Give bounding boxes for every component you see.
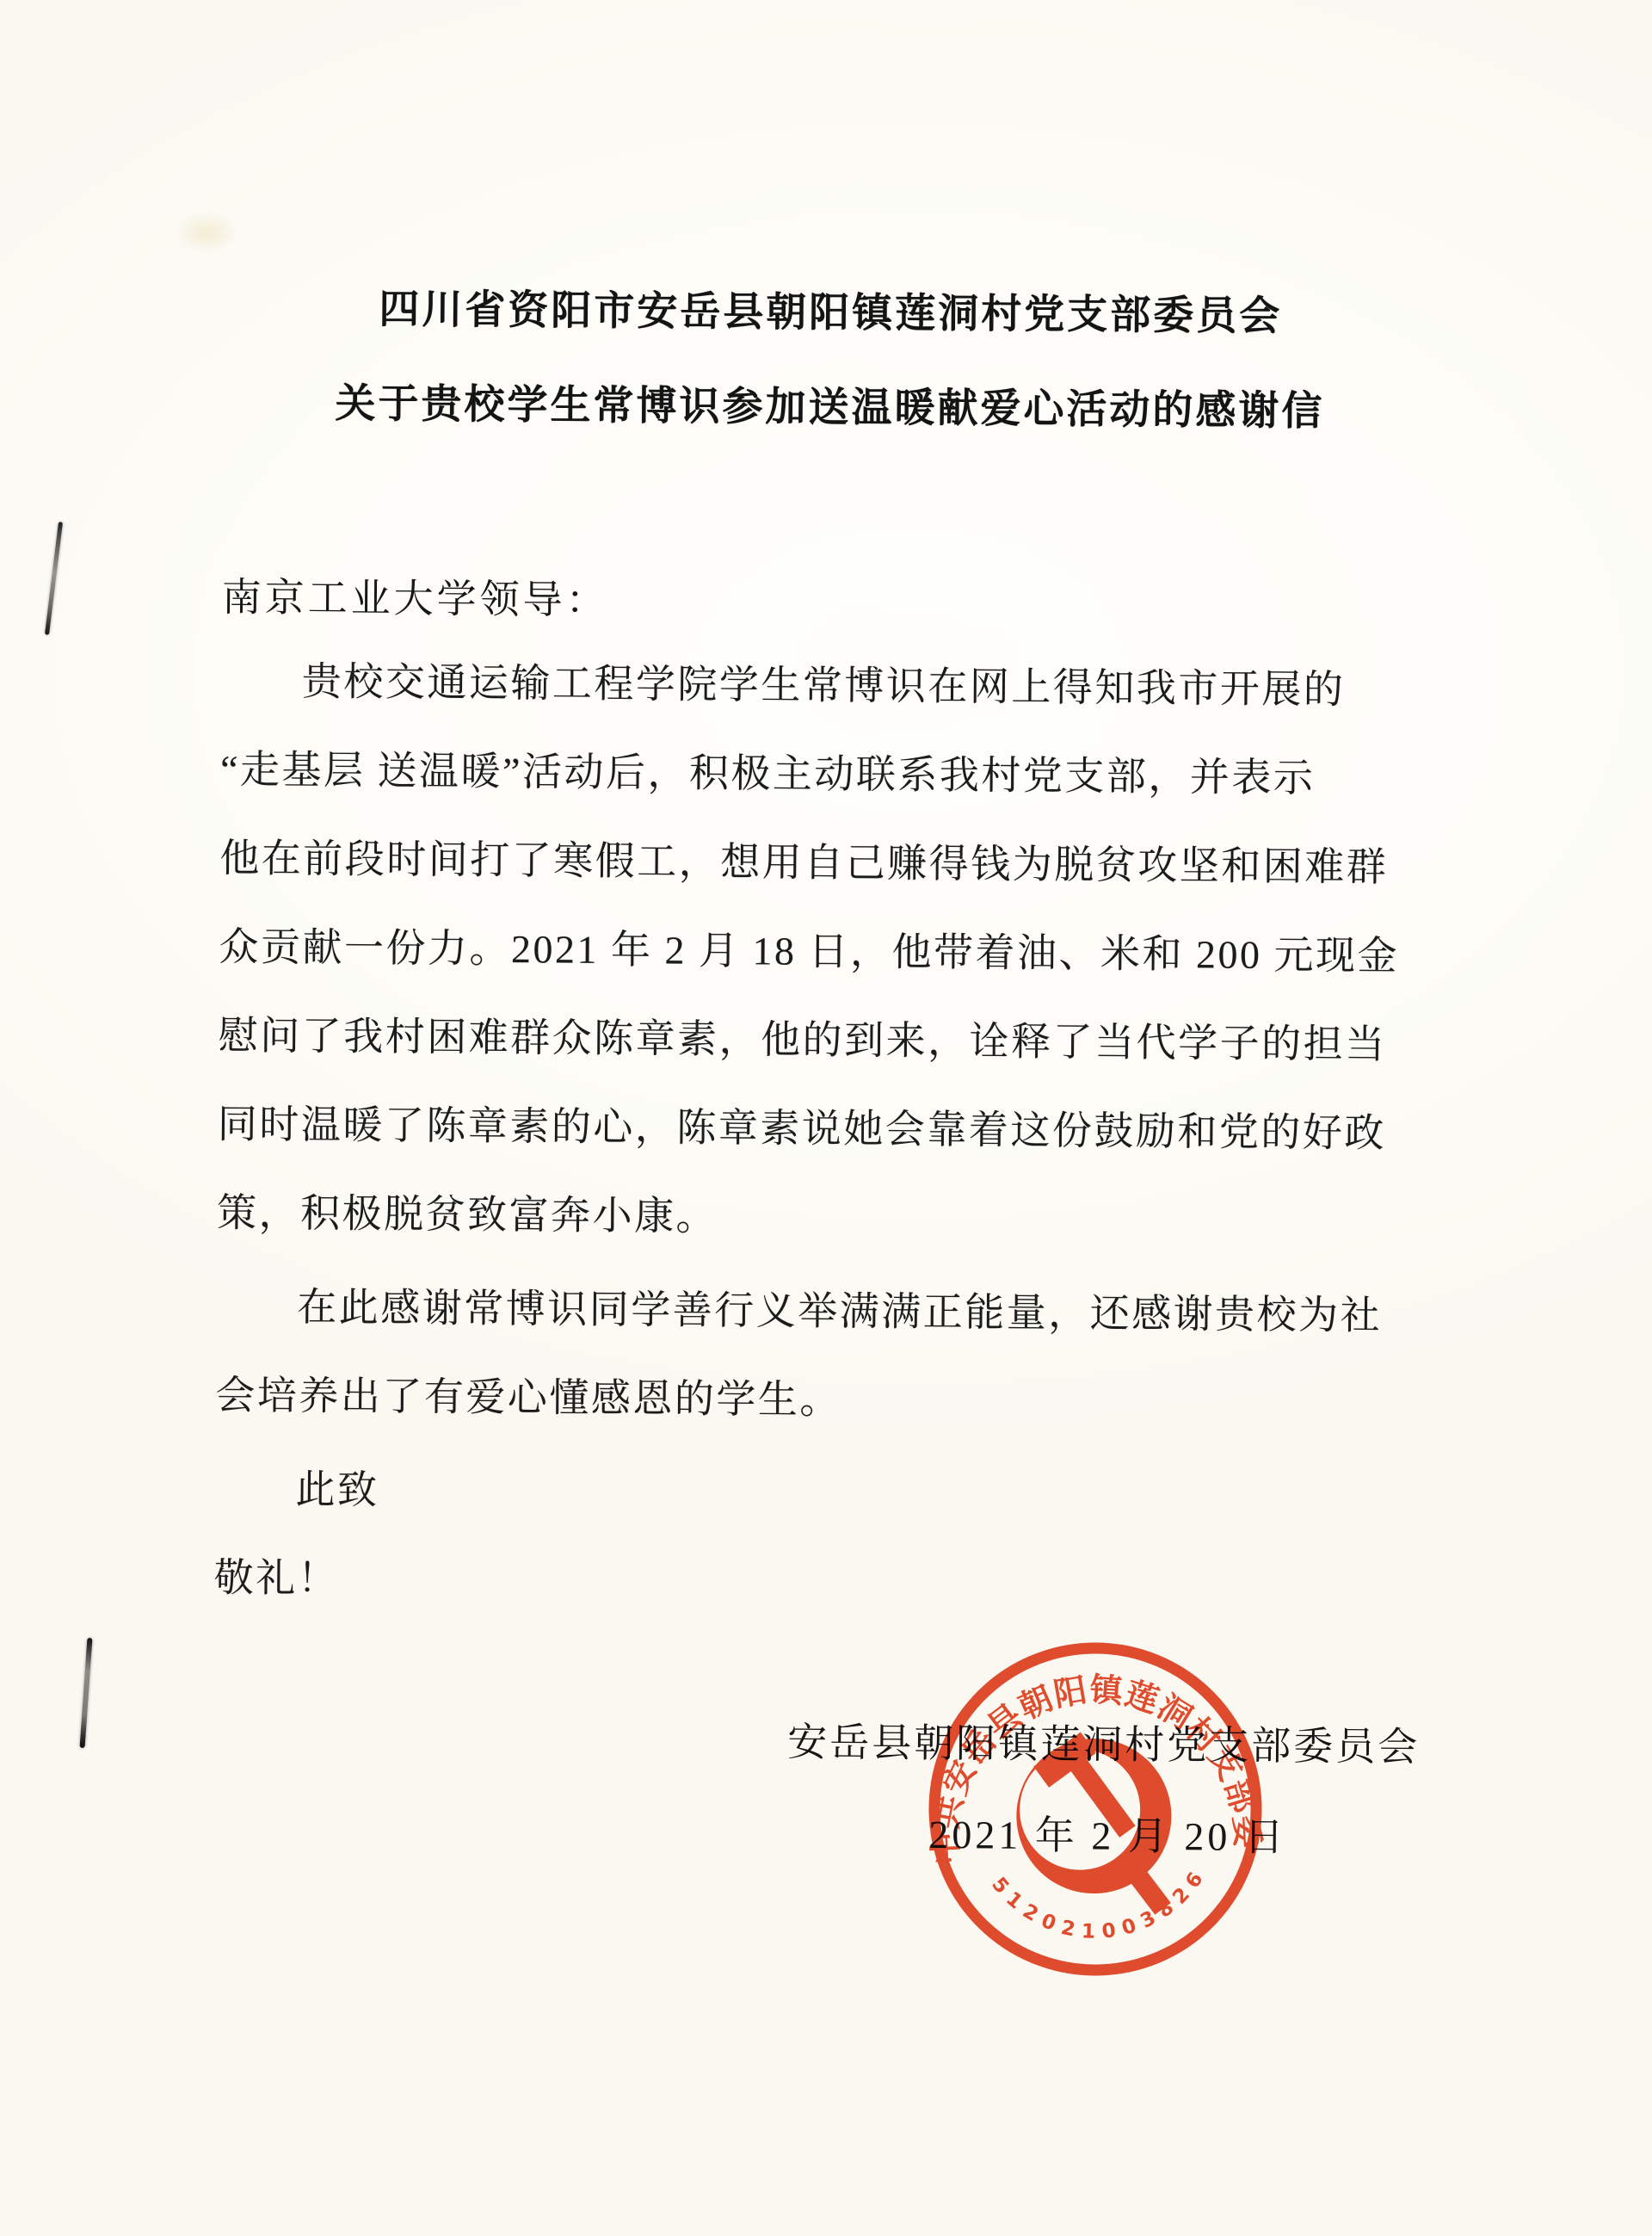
body-line: “走基层 送温暖”活动后，积极主动联系我村党支部，并表示 <box>220 725 1443 823</box>
official-seal: 中共安岳县朝阳镇莲洞村支部委员会 5120210038260 <box>917 1631 1273 1987</box>
letter-title-line1: 四川省资阳市安岳县朝阳镇莲洞村党支部委员会 <box>4 274 1652 344</box>
letter-body: 四川省资阳市安岳县朝阳镇莲洞村党支部委员会 关于贵校学生常博识参加送温暖献爱心活… <box>0 0 1652 2236</box>
body-line: 会培养出了有爱心懂感恩的学生。 <box>215 1350 1438 1448</box>
hammer-sickle-icon <box>1014 1729 1174 1919</box>
body-line: 他在前段时间打了寒假工，想用自己赚得钱为脱贫攻坚和困难群 <box>219 813 1442 911</box>
body-line: 同时温暖了陈章素的心，陈章素说她会靠着这份鼓励和党的好政 <box>217 1079 1439 1177</box>
closing-jingli: 敬礼！ <box>213 1533 1436 1631</box>
body-line: 策，积极脱贫致富奔小康。 <box>217 1168 1439 1266</box>
body-line: 众贡献一份力。2021 年 2 月 18 日，他带着油、米和 200 元现金 <box>219 902 1441 1000</box>
salutation: 南京工业大学领导： <box>221 565 609 626</box>
closing-cizhi: 此致 <box>214 1444 1437 1542</box>
letter-title-line2: 关于贵校学生常博识参加送温暖献爱心活动的感谢信 <box>3 368 1652 439</box>
body-line: 贵校交通运输工程学院学生常博识在网上得知我市开展的 <box>221 636 1444 734</box>
scanned-letter-page: 四川省资阳市安岳县朝阳镇莲洞村党支部委员会 关于贵校学生常博识参加送温暖献爱心活… <box>0 0 1652 2236</box>
body-line: 慰问了我村困难群众陈章素，他的到来，诠释了当代学子的担当 <box>218 991 1440 1089</box>
body-line: 在此感谢常博识同学善行义举满满正能量，还感谢贵校为社 <box>216 1262 1439 1360</box>
letter-paragraphs: 贵校交通运输工程学院学生常博识在网上得知我市开展的 “走基层 送温暖”活动后，积… <box>213 636 1443 1631</box>
